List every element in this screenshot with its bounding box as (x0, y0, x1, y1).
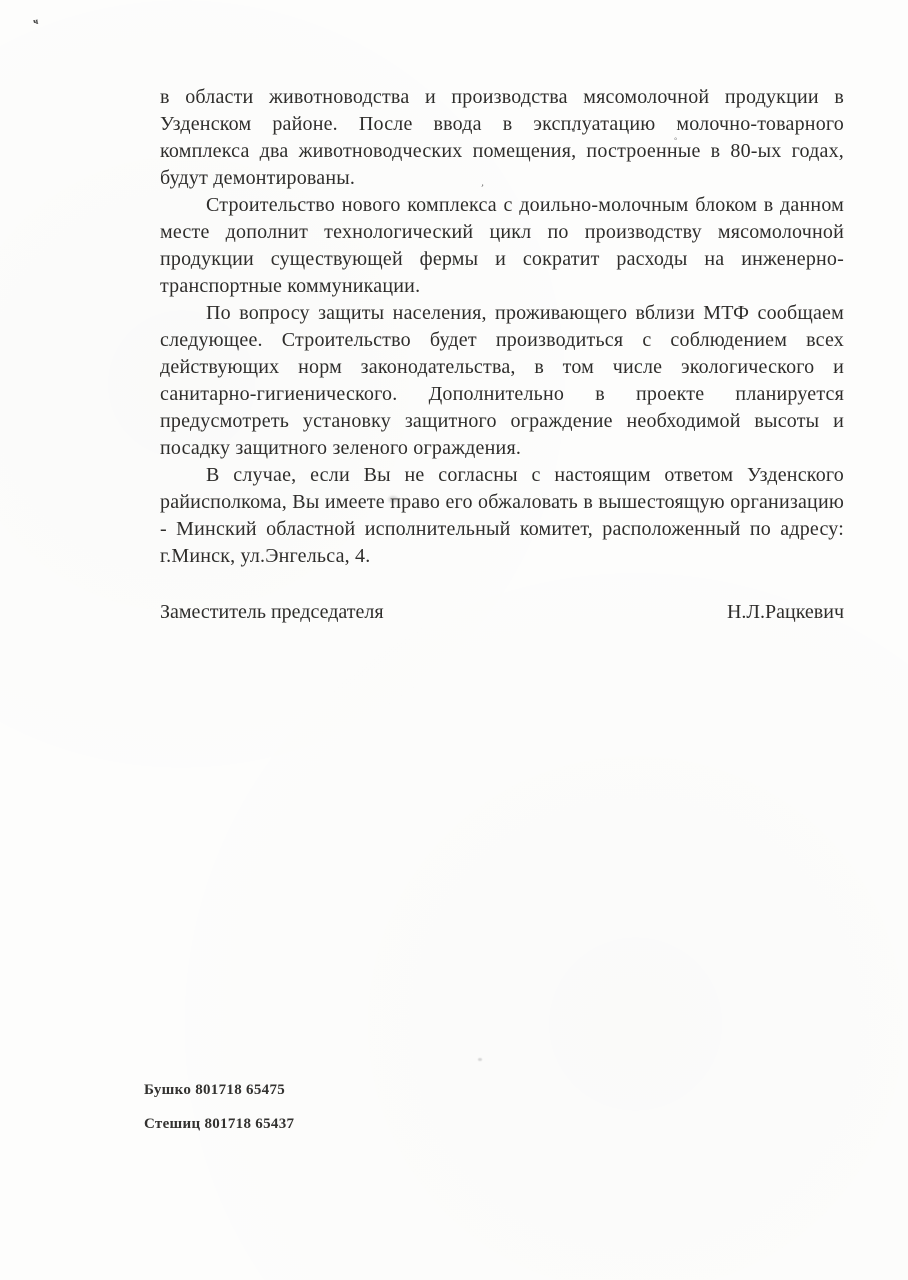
letter-body: в области животноводства и производства … (160, 84, 844, 624)
executor-contact-line: Стешиц 801718 65437 (144, 1116, 294, 1133)
scan-speck-corner: ҹ (32, 16, 38, 27)
scanned-letter-page: ҹ ° ’ в области животноводства и произво… (0, 0, 908, 1280)
executor-contacts: Бушко 801718 65475 Стешиц 801718 65437 (144, 1082, 294, 1133)
executor-contact-line: Бушко 801718 65475 (144, 1082, 294, 1099)
signature-row: Заместитель председателя Н.Л.Рацкевич (160, 601, 844, 624)
paragraph-construction: Строительство нового комплекса с доильно… (160, 192, 844, 300)
paragraph-appeal: В случае, если Вы не согласны с настоящи… (160, 462, 844, 570)
paragraph-protection: По вопросу защиты населения, проживающег… (160, 300, 844, 462)
signer-name: Н.Л.Рацкевич (727, 601, 844, 624)
scan-speck-low (478, 1058, 482, 1061)
signer-title: Заместитель председателя (160, 601, 384, 624)
paragraph-continuation: в области животноводства и производства … (160, 84, 844, 192)
